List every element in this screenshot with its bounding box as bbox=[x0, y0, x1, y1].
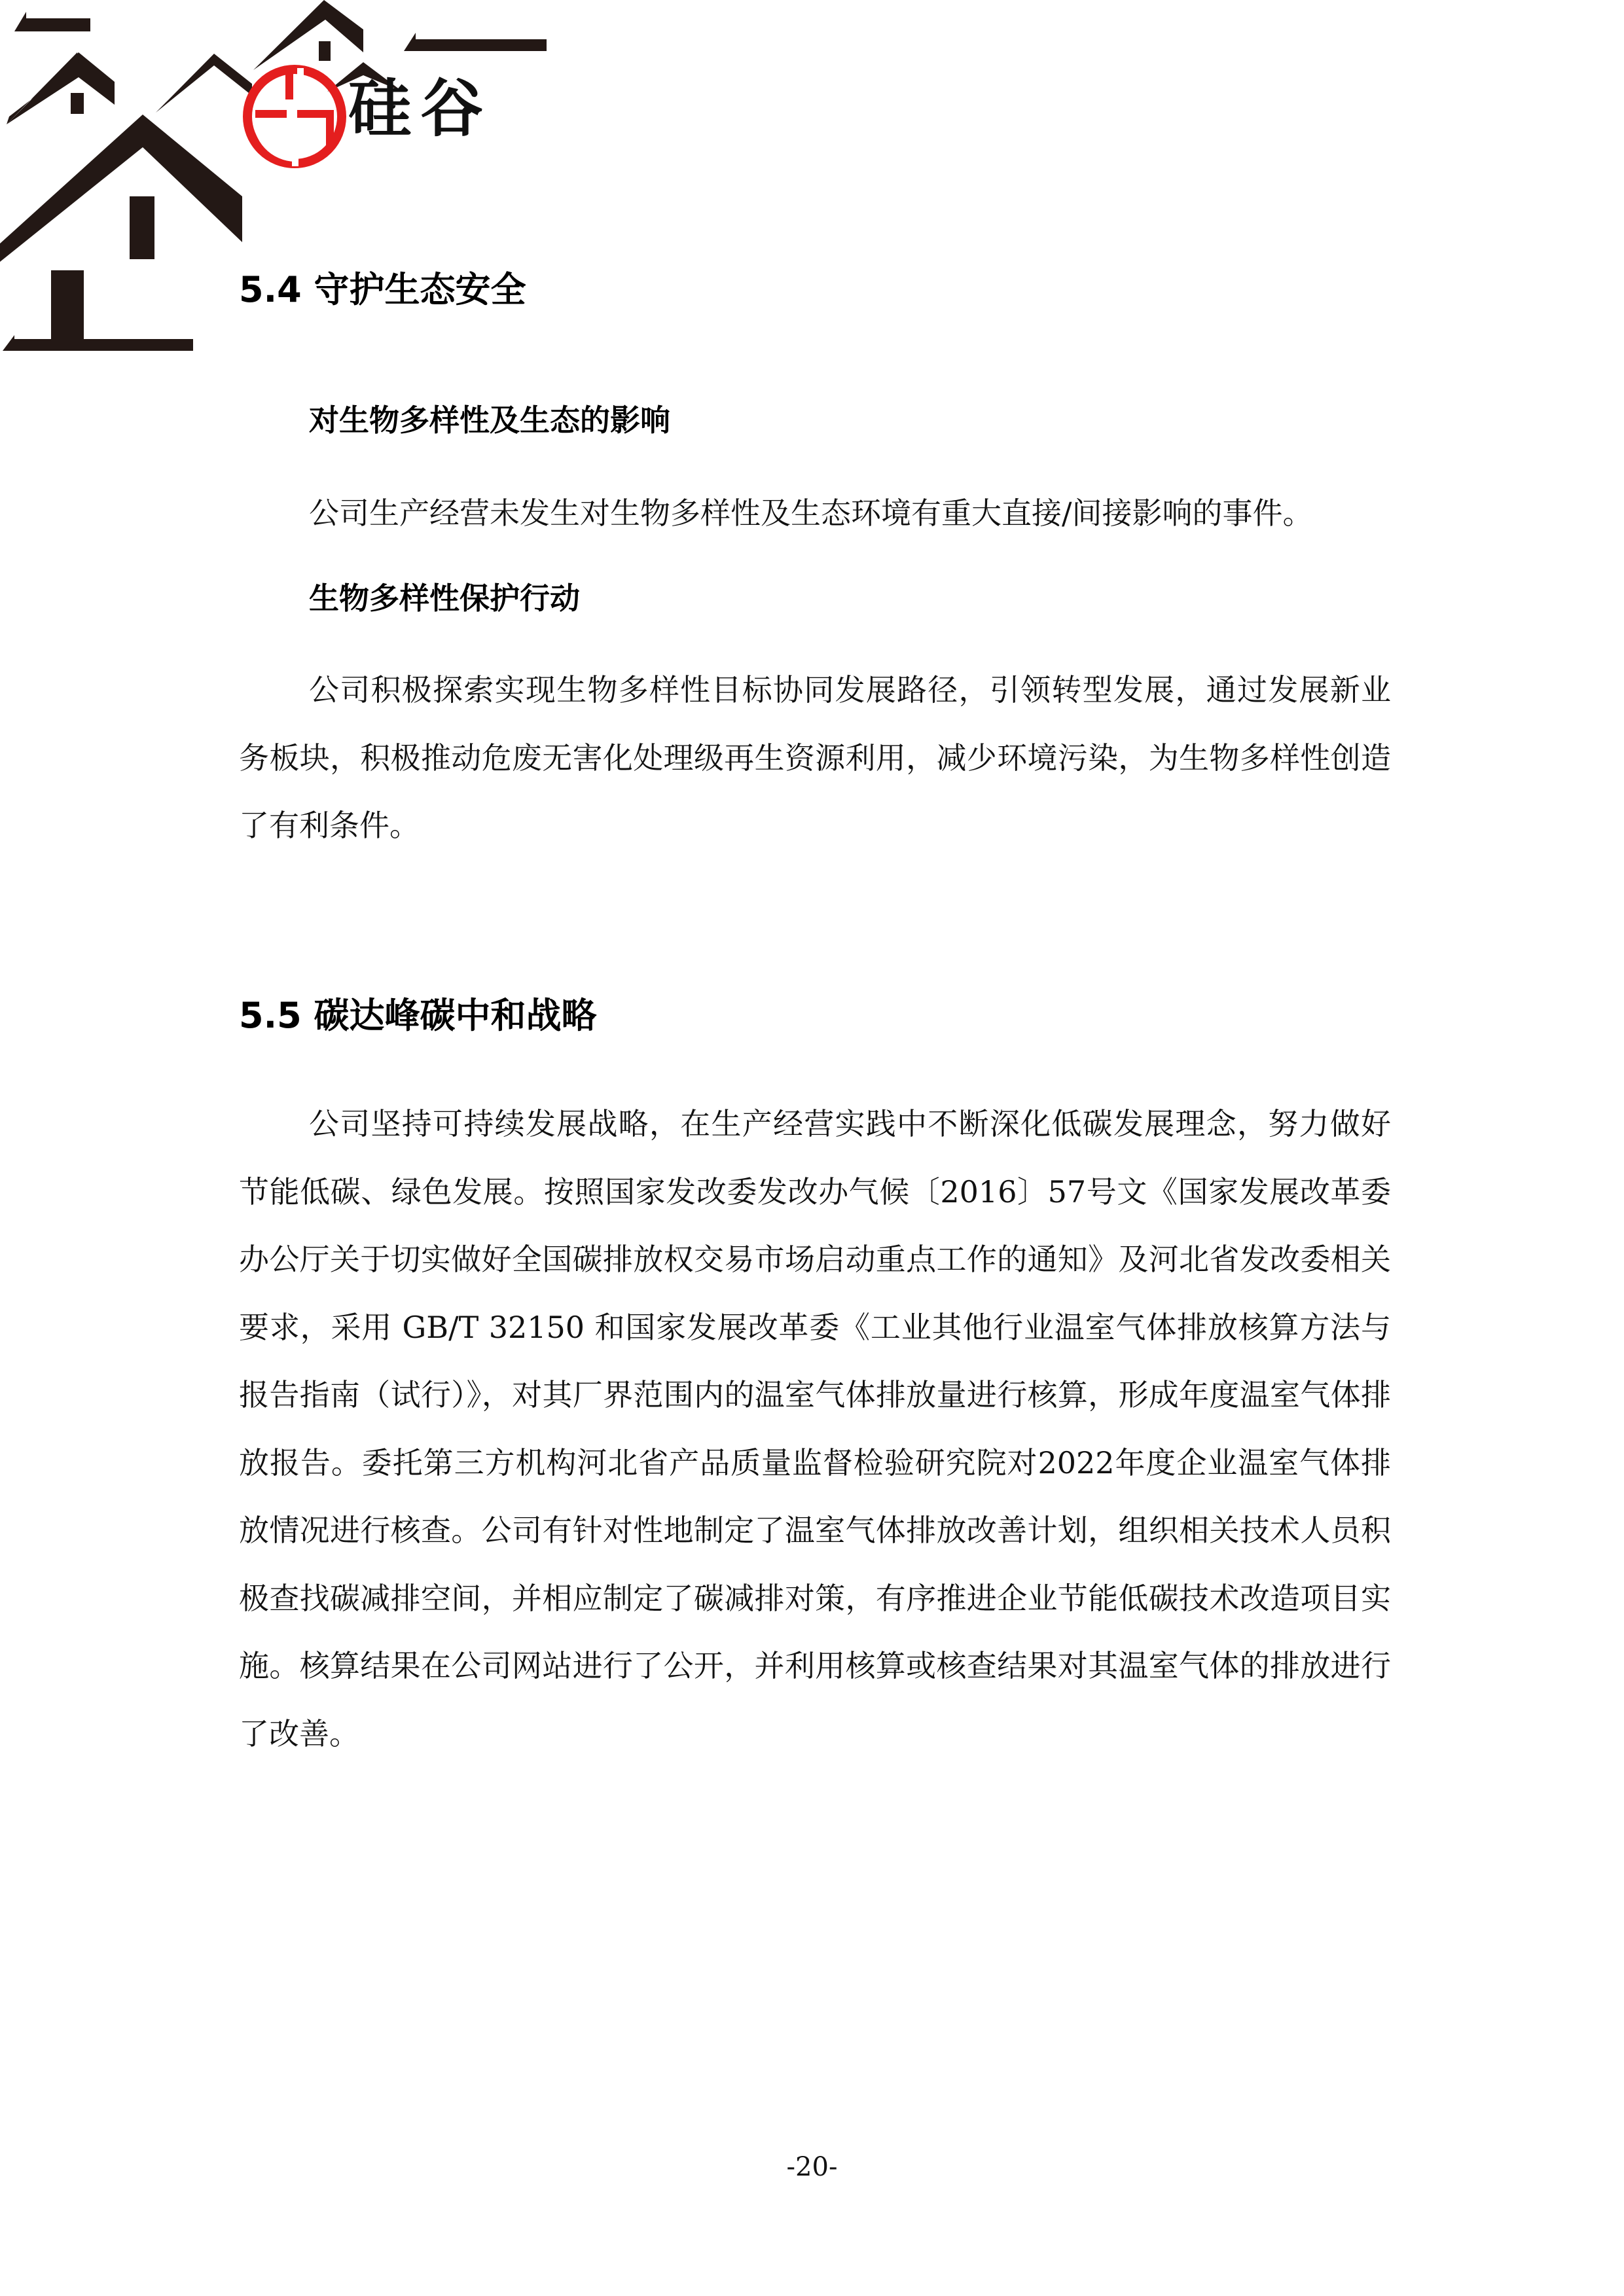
subsection-title-biodiversity-impact: 对生物多样性及生态的影响 bbox=[309, 405, 670, 435]
lower-house-decoration-icon bbox=[0, 229, 209, 360]
section-title-5-5: 5.5 碳达峰碳中和战略 bbox=[239, 998, 596, 1033]
company-logo-text: 硅谷 bbox=[348, 77, 492, 140]
subsection-title-biodiversity-protection: 生物多样性保护行动 bbox=[309, 583, 580, 613]
paragraph-biodiversity-protection: 公司积极探索实现生物多样性目标协同发展路径，引领转型发展，通过发展新业务板块，积… bbox=[239, 656, 1391, 860]
section-title-5-4: 5.4 守护生态安全 bbox=[239, 272, 526, 308]
logo-emblem-icon bbox=[242, 64, 347, 169]
paragraph-carbon-strategy: 公司坚持可持续发展战略，在生产经营实践中不断深化低碳发展理念，努力做好节能低碳、… bbox=[239, 1090, 1391, 1768]
page-number: -20- bbox=[0, 2152, 1624, 2182]
paragraph-biodiversity-impact: 公司生产经营未发生对生物多样性及生态环境有重大直接/间接影响的事件。 bbox=[309, 480, 1422, 548]
